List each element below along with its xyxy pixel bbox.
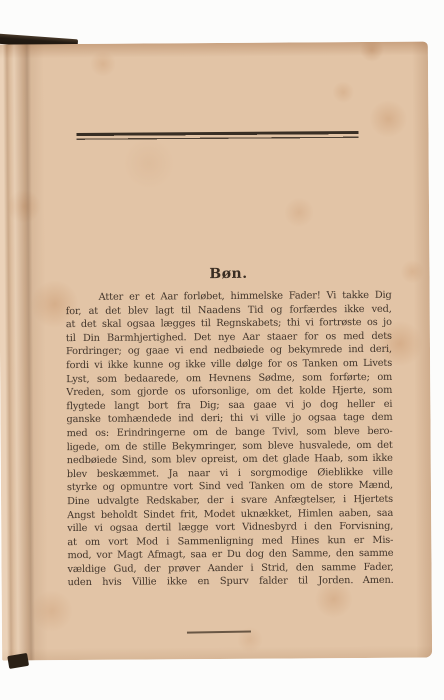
cover-board-edge-bottom [7,653,29,669]
spine-gutter-shadow [0,44,54,660]
book-photo: Bøn. Atter er et Aar forløbet, himmelske… [0,0,444,700]
header-double-rule [76,131,358,142]
prayer-line: uden hvis Villie ikke en Spurv falder ti… [68,574,394,590]
prayer-text: Atter er et Aar forløbet, himmelske Fade… [66,289,394,590]
end-divider-rule [187,630,251,633]
book-page: Bøn. Atter er et Aar forløbet, himmelske… [0,42,432,661]
page-title: Bøn. [65,265,391,283]
open-book: Bøn. Atter er et Aar forløbet, himmelske… [0,0,444,700]
